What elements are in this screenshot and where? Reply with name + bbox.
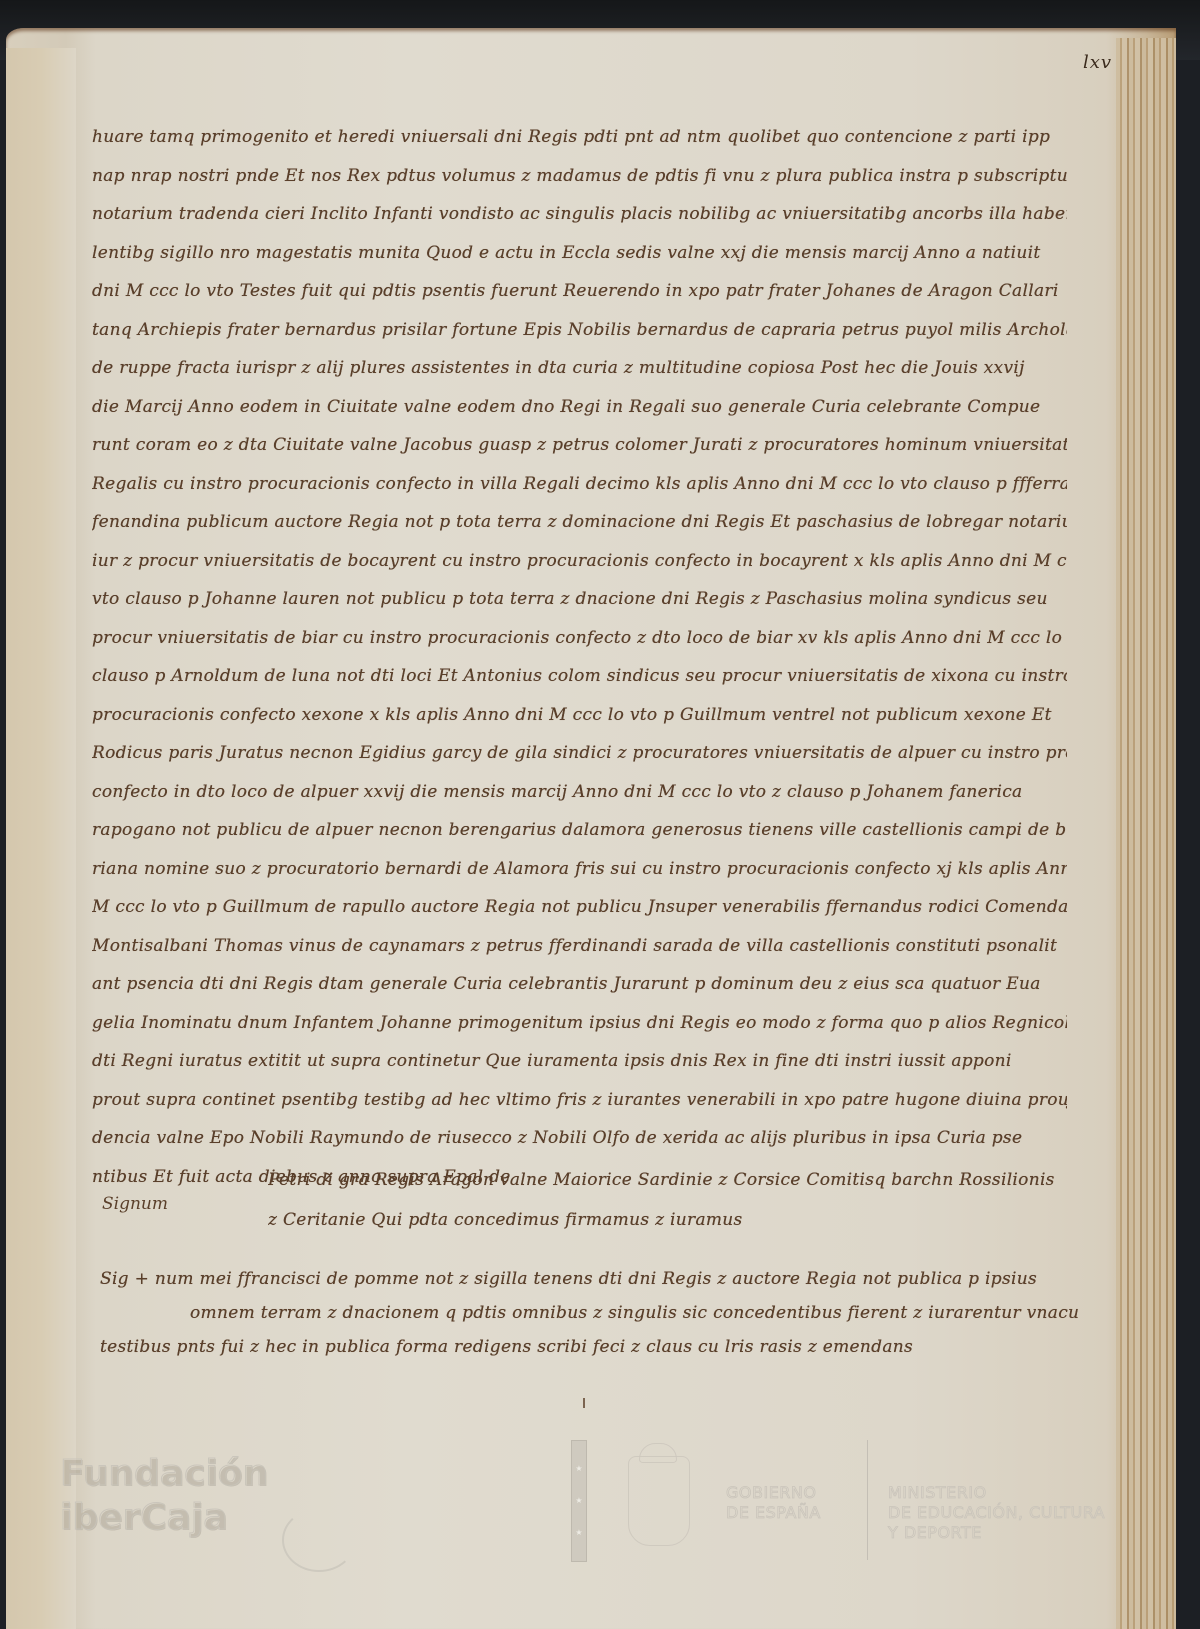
manuscript-line: lentibg sigillo nro magestatis munita Qu… bbox=[92, 234, 1067, 273]
watermark-text: DE ESPAÑA bbox=[726, 1503, 821, 1523]
manuscript-line: ant psencia dti dni Regis dtam generale … bbox=[92, 965, 1067, 1004]
manuscript-line: vto clauso p Johanne lauren not publicu … bbox=[92, 580, 1067, 619]
manuscript-line: gelia Inominatu dnum Infantem Johanne pr… bbox=[92, 1004, 1067, 1043]
watermark-text: Y DEPORTE bbox=[888, 1523, 1105, 1543]
ministerio-watermark: MINISTERIO DE EDUCACIÓN, CULTURA Y DEPOR… bbox=[888, 1483, 1105, 1543]
manuscript-line: notarium tradenda cieri Inclito Infanti … bbox=[92, 195, 1067, 234]
manuscript-line: clauso p Arnoldum de luna not dti loci E… bbox=[92, 657, 1067, 696]
manuscript-line: riana nomine suo z procuratorio bernardi… bbox=[92, 850, 1067, 889]
manuscript-line: runt coram eo z dta Ciuitate valne Jacob… bbox=[92, 426, 1067, 465]
signum-block: Petri di gra Regis Aragon valne Maiorice… bbox=[268, 1160, 1078, 1240]
watermark-text: GOBIERNO bbox=[726, 1483, 821, 1503]
manuscript-line: die Marcij Anno eodem in Ciuitate valne … bbox=[92, 388, 1067, 427]
watermark-text: MINISTERIO bbox=[888, 1483, 1105, 1503]
manuscript-line: dni M ccc lo vto Testes fuit qui pdtis p… bbox=[92, 272, 1067, 311]
watermark-text: iberCaja bbox=[60, 1496, 268, 1540]
coat-of-arms-icon bbox=[628, 1456, 690, 1546]
watermark-text: Fundación bbox=[60, 1452, 268, 1496]
manuscript-line: dencia valne Epo Nobili Raymundo de rius… bbox=[92, 1119, 1067, 1158]
fundacion-ibercaja-watermark: Fundación iberCaja bbox=[60, 1452, 268, 1540]
manuscript-body: huare tamq primogenito et heredi vniuers… bbox=[92, 118, 1067, 1196]
folio-number: lxv bbox=[1083, 52, 1112, 73]
manuscript-line: M ccc lo vto p Guillmum de rapullo aucto… bbox=[92, 888, 1067, 927]
manuscript-line: rapogano not publicu de alpuer necnon be… bbox=[92, 811, 1067, 850]
notary-closing: Sig + num mei ffrancisci de pomme not z … bbox=[100, 1262, 1080, 1364]
manuscript-line: prout supra continet psentibg testibg ad… bbox=[92, 1081, 1067, 1120]
manuscript-line: Regalis cu instro procuracionis confecto… bbox=[92, 465, 1067, 504]
signum-line: Petri di gra Regis Aragon valne Maiorice… bbox=[268, 1160, 1078, 1200]
manuscript-line: Rodicus paris Juratus necnon Egidius gar… bbox=[92, 734, 1067, 773]
manuscript-line: fenandina publicum auctore Regia not p t… bbox=[92, 503, 1067, 542]
manuscript-line: confecto in dto loco de alpuer xxvij die… bbox=[92, 773, 1067, 812]
watermark-text: DE EDUCACIÓN, CULTURA bbox=[888, 1503, 1105, 1523]
star-icon: ★ bbox=[572, 1465, 586, 1473]
manuscript-line: tanq Archiepis frater bernardus prisilar… bbox=[92, 311, 1067, 350]
closing-line: testibus pnts fui z hec in publica forma… bbox=[100, 1330, 1080, 1364]
manuscript-line: procuracionis confecto xexone x kls apli… bbox=[92, 696, 1067, 735]
manuscript-line: dti Regni iuratus extitit ut supra conti… bbox=[92, 1042, 1067, 1081]
ibercaja-logo-icon bbox=[282, 1508, 356, 1572]
signum-label: Signum bbox=[102, 1194, 168, 1214]
watermark-divider bbox=[867, 1440, 868, 1560]
manuscript-line: huare tamq primogenito et heredi vniuers… bbox=[92, 118, 1067, 157]
closing-line: Sig + num mei ffrancisci de pomme not z … bbox=[100, 1262, 1080, 1296]
spain-flag-bar-icon: ★ ★ ★ bbox=[571, 1440, 587, 1562]
manuscript-line: de ruppe fracta iurispr z alij plures as… bbox=[92, 349, 1067, 388]
star-icon: ★ bbox=[572, 1529, 586, 1537]
ink-mark bbox=[583, 1398, 585, 1408]
manuscript-line: nap nrap nostri pnde Et nos Rex pdtus vo… bbox=[92, 157, 1067, 196]
manuscript-line: iur z procur vniuersitatis de bocayrent … bbox=[92, 542, 1067, 581]
gobierno-watermark: GOBIERNO DE ESPAÑA bbox=[726, 1483, 821, 1523]
manuscript-line: Montisalbani Thomas vinus de caynamars z… bbox=[92, 927, 1067, 966]
signum-line: z Ceritanie Qui pdta concedimus firmamus… bbox=[268, 1200, 1078, 1240]
star-icon: ★ bbox=[572, 1497, 586, 1505]
manuscript-line: procur vniuersitatis de biar cu instro p… bbox=[92, 619, 1067, 658]
closing-line: omnem terram z dnacionem q pdtis omnibus… bbox=[100, 1296, 1080, 1330]
